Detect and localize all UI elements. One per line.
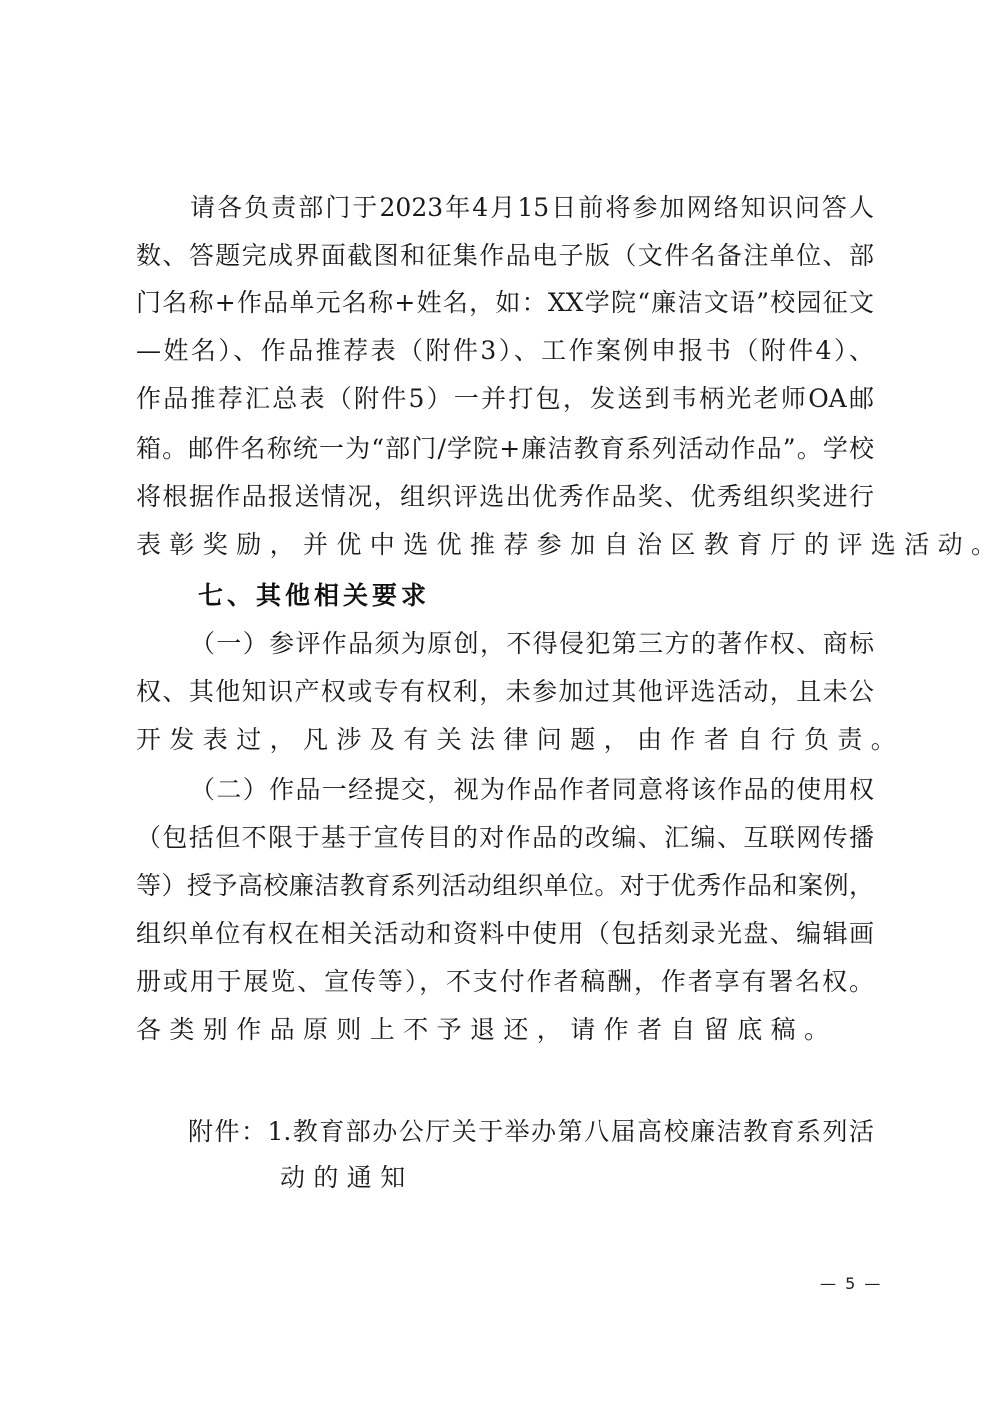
text-line: 将根据作品报送情况，组织评选出优秀作品奖、优秀组织奖进行 [136, 480, 874, 514]
section-heading: 七、其他相关要求 [198, 579, 430, 613]
text-line: 箱。邮件名称统一为“部门/学院+廉洁教育系列活动作品”。学校 [136, 432, 874, 466]
text-line: 权、其他知识产权或专有权利，未参加过其他评选活动，且未公 [136, 675, 874, 709]
page-number: — 5 — [820, 1274, 882, 1293]
text-line: 各类别作品原则上不予退还，请作者自留底稿。 [136, 1013, 874, 1047]
text-line: 数、答题完成界面截图和征集作品电子版（文件名备注单位、部 [136, 239, 874, 273]
text-line: 请各负责部门于2023年4月15日前将参加网络知识问答人 [190, 191, 874, 225]
text-line: 作品推荐汇总表（附件5）一并打包，发送到韦柄光老师OA邮 [136, 382, 874, 416]
text-line: 开发表过，凡涉及有关法律问题，由作者自行负责。 [136, 723, 874, 757]
document-page: 请各负责部门于2023年4月15日前将参加网络知识问答人 数、答题完成界面截图和… [0, 0, 1000, 1414]
text-line: 册或用于展览、宣传等），不支付作者稿酬，作者享有署名权。 [136, 965, 874, 999]
text-line: （二）作品一经提交，视为作品作者同意将该作品的使用权 [190, 773, 874, 807]
attachment-item-1: 附件：1.教育部办公厅关于举办第八届高校廉洁教育系列活 [188, 1115, 874, 1149]
text-line: （包括但不限于基于宣传目的对作品的改编、汇编、互联网传播 [136, 821, 874, 855]
text-line: —姓名）、作品推荐表（附件3）、工作案例申报书（附件4）、 [136, 334, 874, 368]
text-line: 表彰奖励，并优中选优推荐参加自治区教育厅的评选活动。 [136, 528, 874, 562]
text-line: 门名称+作品单元名称+姓名，如：XX学院“廉洁文语”校园征文 [136, 286, 874, 320]
attachment-item-1-continued: 动的通知 [280, 1161, 414, 1195]
text-line: 等）授予高校廉洁教育系列活动组织单位。对于优秀作品和案例， [136, 869, 874, 903]
text-line: 组织单位有权在相关活动和资料中使用（包括刻录光盘、编辑画 [136, 917, 874, 951]
text-line: （一）参评作品须为原创，不得侵犯第三方的著作权、商标 [190, 627, 874, 661]
